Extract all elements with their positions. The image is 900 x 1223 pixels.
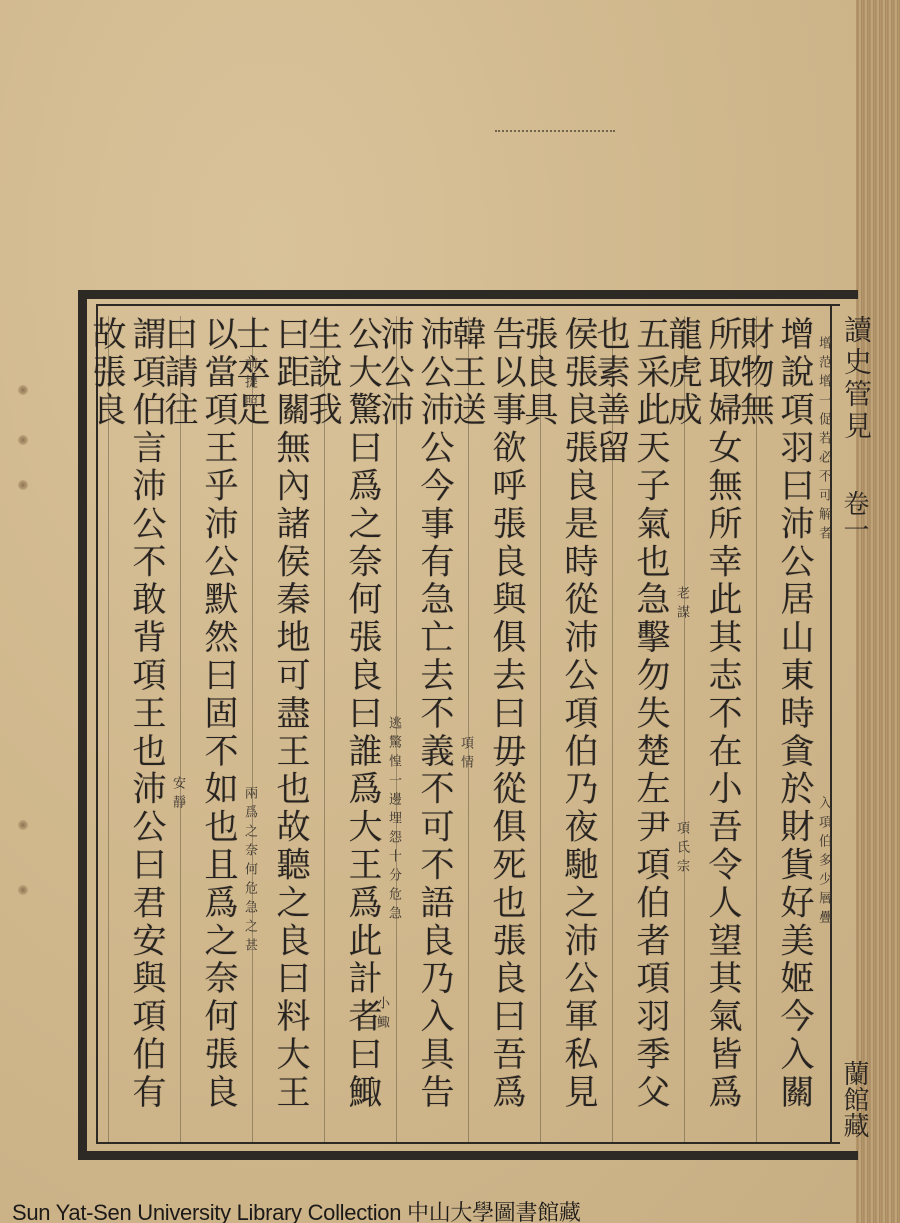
text-column-5: 告以事欲呼張良與俱去曰毋從俱死也張良曰吾爲韓王送 [468,316,540,1144]
text-columns: 增說項羽曰沛公居山東時貪於財貨好美姬今入關財物無 增范增一促若必不可解者 入項伯… [108,316,828,1144]
text-column-3: 五采此天子氣也急擊勿失楚左尹項伯者項羽季父也素善留 老謀 項氏宗 [612,316,684,1144]
binding-hole [18,885,28,895]
publisher-mark: 蘭館藏 [836,1060,873,1138]
annotation: 前提照 [242,356,256,413]
collection-credit: Sun Yat-Sen University Library Collectio… [12,1196,581,1223]
binding-hole [18,820,28,830]
volume-label: 卷一 [836,490,873,542]
text-column-1: 增說項羽曰沛公居山東時貪於財貨好美姬今入關財物無 增范增一促若必不可解者 入項伯… [756,316,828,1144]
annotation: 項氏宗 [674,821,688,878]
text-column-6: 沛公沛公今事有急亡去不義不可不語良乃入具告沛公沛 項情 [396,316,468,1144]
column-text: 謂項伯言沛公不敢背項王也沛公曰君安與項伯有故張良 [86,316,166,1144]
binding-hole [18,480,28,490]
text-column-9: 以當項王乎沛公默然曰固不如也且爲之奈何張良曰請往 前提照 兩爲之奈何危急之甚 [180,316,252,1144]
annotation: 老謀 [674,586,688,624]
text-column-8: 曰距關無內諸侯秦地可盡王也故聽之良曰料大王士卒足 [252,316,324,1144]
annotation: 兩爲之奈何危急之甚 [242,786,256,957]
annotation: 小鯫 [374,996,388,1034]
annotation: 逃驚惶一邊埋怨十分危急 [386,716,400,925]
text-column-4: 侯張良張良是時從沛公項伯乃夜馳之沛公軍私見張良具 [540,316,612,1144]
text-column-2: 所取婦女無所幸此其志不在小吾令人望其氣皆爲龍虎成 [684,316,756,1144]
ink-stain [495,120,615,132]
text-column-10: 謂項伯言沛公不敢背項王也沛公曰君安與項伯有故張良 安靜 [108,316,180,1144]
margin-title: 讀史管見 [836,315,876,443]
annotation: 安靜 [170,776,184,814]
binding-hole [18,385,28,395]
text-column-7: 公大驚曰爲之奈何張良曰誰爲大王爲此計者曰鯫生說我 逃驚惶一邊埋怨十分危急 小鯫 [324,316,396,1144]
annotation: 增范增一促若必不可解者 [816,336,830,545]
annotation: 項情 [458,736,472,774]
binding-hole [18,435,28,445]
annotation: 入項伯多少層疊 [816,796,830,929]
